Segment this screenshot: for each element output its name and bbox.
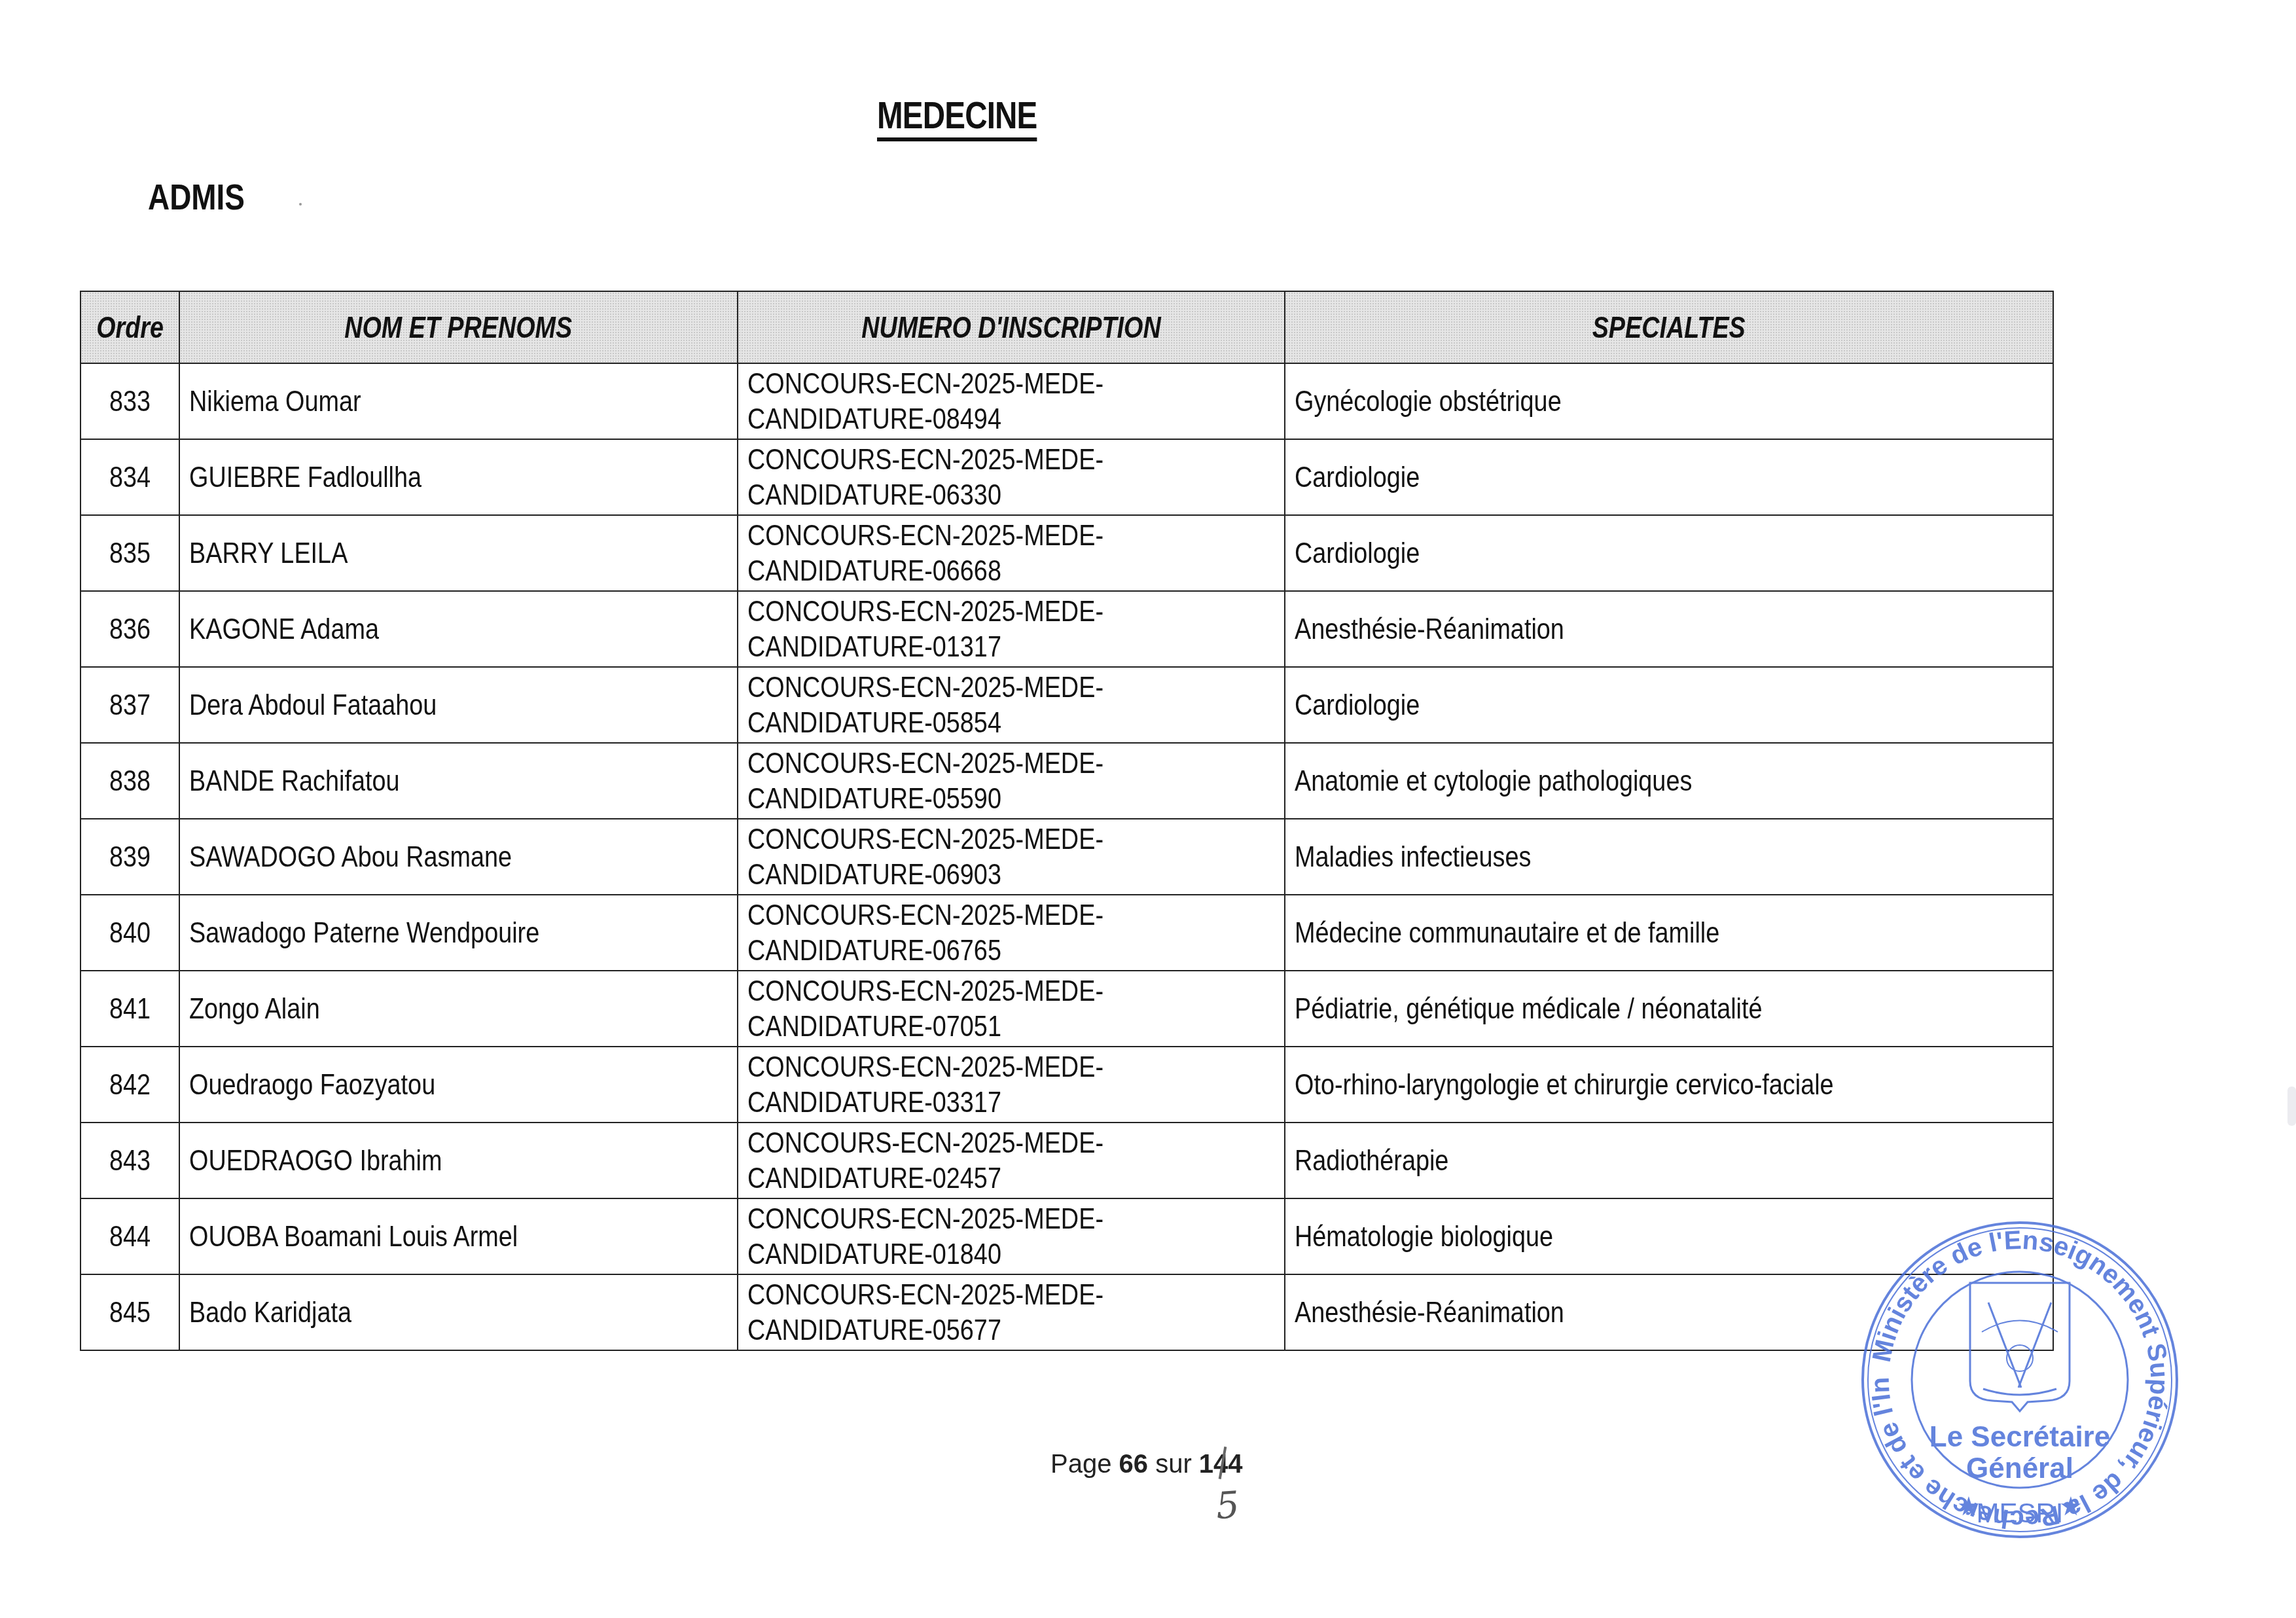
cell-nom: Zongo Alain: [179, 971, 738, 1047]
cell-specialite: Cardiologie: [1285, 439, 2053, 515]
cell-ordre: 845: [81, 1274, 179, 1350]
cell-nom: OUEDRAOGO Ibrahim: [179, 1123, 738, 1198]
cell-specialite: Médecine communautaire et de famille: [1285, 895, 2053, 971]
table-header-row: Ordre NOM ET PRENOMS NUMERO D'INSCRIPTIO…: [81, 291, 2053, 363]
table-row: 835BARRY LEILACONCOURS-ECN-2025-MEDE-CAN…: [81, 515, 2053, 591]
header-nom: NOM ET PRENOMS: [179, 291, 738, 363]
cell-numero: CONCOURS-ECN-2025-MEDE-CANDIDATURE-06330: [738, 439, 1285, 515]
cell-ordre: 836: [81, 591, 179, 667]
cell-nom: OUOBA Boamani Louis Armel: [179, 1198, 738, 1274]
table-row: 844OUOBA Boamani Louis ArmelCONCOURS-ECN…: [81, 1198, 2053, 1274]
cell-numero: CONCOURS-ECN-2025-MEDE-CANDIDATURE-05677: [738, 1274, 1285, 1350]
svg-text:Le Secrétaire: Le Secrétaire: [1929, 1421, 2110, 1453]
cell-numero: CONCOURS-ECN-2025-MEDE-CANDIDATURE-06903: [738, 819, 1285, 895]
cell-specialite: Pédiatrie, génétique médicale / néonatal…: [1285, 971, 2053, 1047]
cell-numero: CONCOURS-ECN-2025-MEDE-CANDIDATURE-01317: [738, 591, 1285, 667]
cell-specialite: Anatomie et cytologie pathologiques: [1285, 743, 2053, 819]
cell-numero: CONCOURS-ECN-2025-MEDE-CANDIDATURE-02457: [738, 1123, 1285, 1198]
page-title: MEDECINE: [877, 96, 1037, 141]
cell-numero: CONCOURS-ECN-2025-MEDE-CANDIDATURE-01840: [738, 1198, 1285, 1274]
cell-ordre: 844: [81, 1198, 179, 1274]
cell-nom: Ouedraogo Faozyatou: [179, 1047, 738, 1123]
table-row: 839SAWADOGO Abou RasmaneCONCOURS-ECN-202…: [81, 819, 2053, 895]
cell-ordre: 843: [81, 1123, 179, 1198]
cell-numero: CONCOURS-ECN-2025-MEDE-CANDIDATURE-08494: [738, 363, 1285, 439]
official-stamp: Ministère de l'Enseignement Supérieur, d…: [1857, 1217, 2182, 1542]
cell-nom: Sawadogo Paterne Wendpouire: [179, 895, 738, 971]
cell-nom: KAGONE Adama: [179, 591, 738, 667]
scan-artifact: [2287, 1087, 2296, 1126]
handwritten-correction: 5: [1215, 1484, 1241, 1528]
table-row: 836KAGONE AdamaCONCOURS-ECN-2025-MEDE-CA…: [81, 591, 2053, 667]
cell-ordre: 842: [81, 1047, 179, 1123]
cell-ordre: 839: [81, 819, 179, 895]
table-row: 843OUEDRAOGO IbrahimCONCOURS-ECN-2025-ME…: [81, 1123, 2053, 1198]
table-row: 840Sawadogo Paterne WendpouireCONCOURS-E…: [81, 895, 2053, 971]
cell-ordre: 838: [81, 743, 179, 819]
cell-nom: Nikiema Oumar: [179, 363, 738, 439]
cell-nom: Dera Abdoul Fataahou: [179, 667, 738, 743]
cell-ordre: 835: [81, 515, 179, 591]
table-row: 838BANDE RachifatouCONCOURS-ECN-2025-MED…: [81, 743, 2053, 819]
svg-text:★: ★: [2059, 1492, 2083, 1522]
table-row: 837Dera Abdoul FataahouCONCOURS-ECN-2025…: [81, 667, 2053, 743]
cell-specialite: Maladies infectieuses: [1285, 819, 2053, 895]
scan-dot: [299, 203, 302, 206]
cell-specialite: Anesthésie-Réanimation: [1285, 591, 2053, 667]
section-title: ADMIS: [148, 177, 245, 217]
table-row: 833Nikiema OumarCONCOURS-ECN-2025-MEDE-C…: [81, 363, 2053, 439]
cell-nom: GUIEBRE Fadloullha: [179, 439, 738, 515]
table-row: 845Bado KaridjataCONCOURS-ECN-2025-MEDE-…: [81, 1274, 2053, 1350]
cell-ordre: 837: [81, 667, 179, 743]
svg-text:★: ★: [1957, 1492, 1981, 1522]
page-number: Page 66 sur 144: [1050, 1450, 1243, 1479]
header-specialite: SPECIALTES: [1285, 291, 2053, 363]
cell-specialite: Cardiologie: [1285, 667, 2053, 743]
cell-ordre: 840: [81, 895, 179, 971]
cell-nom: BARRY LEILA: [179, 515, 738, 591]
cell-nom: Bado Karidjata: [179, 1274, 738, 1350]
cell-numero: CONCOURS-ECN-2025-MEDE-CANDIDATURE-05854: [738, 667, 1285, 743]
table-row: 841Zongo AlainCONCOURS-ECN-2025-MEDE-CAN…: [81, 971, 2053, 1047]
cell-numero: CONCOURS-ECN-2025-MEDE-CANDIDATURE-03317: [738, 1047, 1285, 1123]
header-ordre: Ordre: [81, 291, 179, 363]
svg-text:MESRI: MESRI: [1976, 1498, 2063, 1528]
table-row: 842Ouedraogo FaozyatouCONCOURS-ECN-2025-…: [81, 1047, 2053, 1123]
cell-numero: CONCOURS-ECN-2025-MEDE-CANDIDATURE-06765: [738, 895, 1285, 971]
cell-specialite: Radiothérapie: [1285, 1123, 2053, 1198]
page-current: 66: [1119, 1450, 1149, 1479]
cell-ordre: 834: [81, 439, 179, 515]
svg-text:Général: Général: [1966, 1452, 2073, 1484]
cell-nom: BANDE Rachifatou: [179, 743, 738, 819]
cell-specialite: Cardiologie: [1285, 515, 2053, 591]
stamp-seal-icon: Ministère de l'Enseignement Supérieur, d…: [1857, 1217, 2182, 1542]
header-numero: NUMERO D'INSCRIPTION: [738, 291, 1285, 363]
cell-nom: SAWADOGO Abou Rasmane: [179, 819, 738, 895]
cell-ordre: 833: [81, 363, 179, 439]
cell-numero: CONCOURS-ECN-2025-MEDE-CANDIDATURE-06668: [738, 515, 1285, 591]
admitted-table: Ordre NOM ET PRENOMS NUMERO D'INSCRIPTIO…: [80, 291, 2054, 1351]
cell-numero: CONCOURS-ECN-2025-MEDE-CANDIDATURE-05590: [738, 743, 1285, 819]
cell-numero: CONCOURS-ECN-2025-MEDE-CANDIDATURE-07051: [738, 971, 1285, 1047]
table-row: 834GUIEBRE FadloullhaCONCOURS-ECN-2025-M…: [81, 439, 2053, 515]
cell-specialite: Gynécologie obstétrique: [1285, 363, 2053, 439]
cell-specialite: Oto-rhino-laryngologie et chirurgie cerv…: [1285, 1047, 2053, 1123]
cell-ordre: 841: [81, 971, 179, 1047]
